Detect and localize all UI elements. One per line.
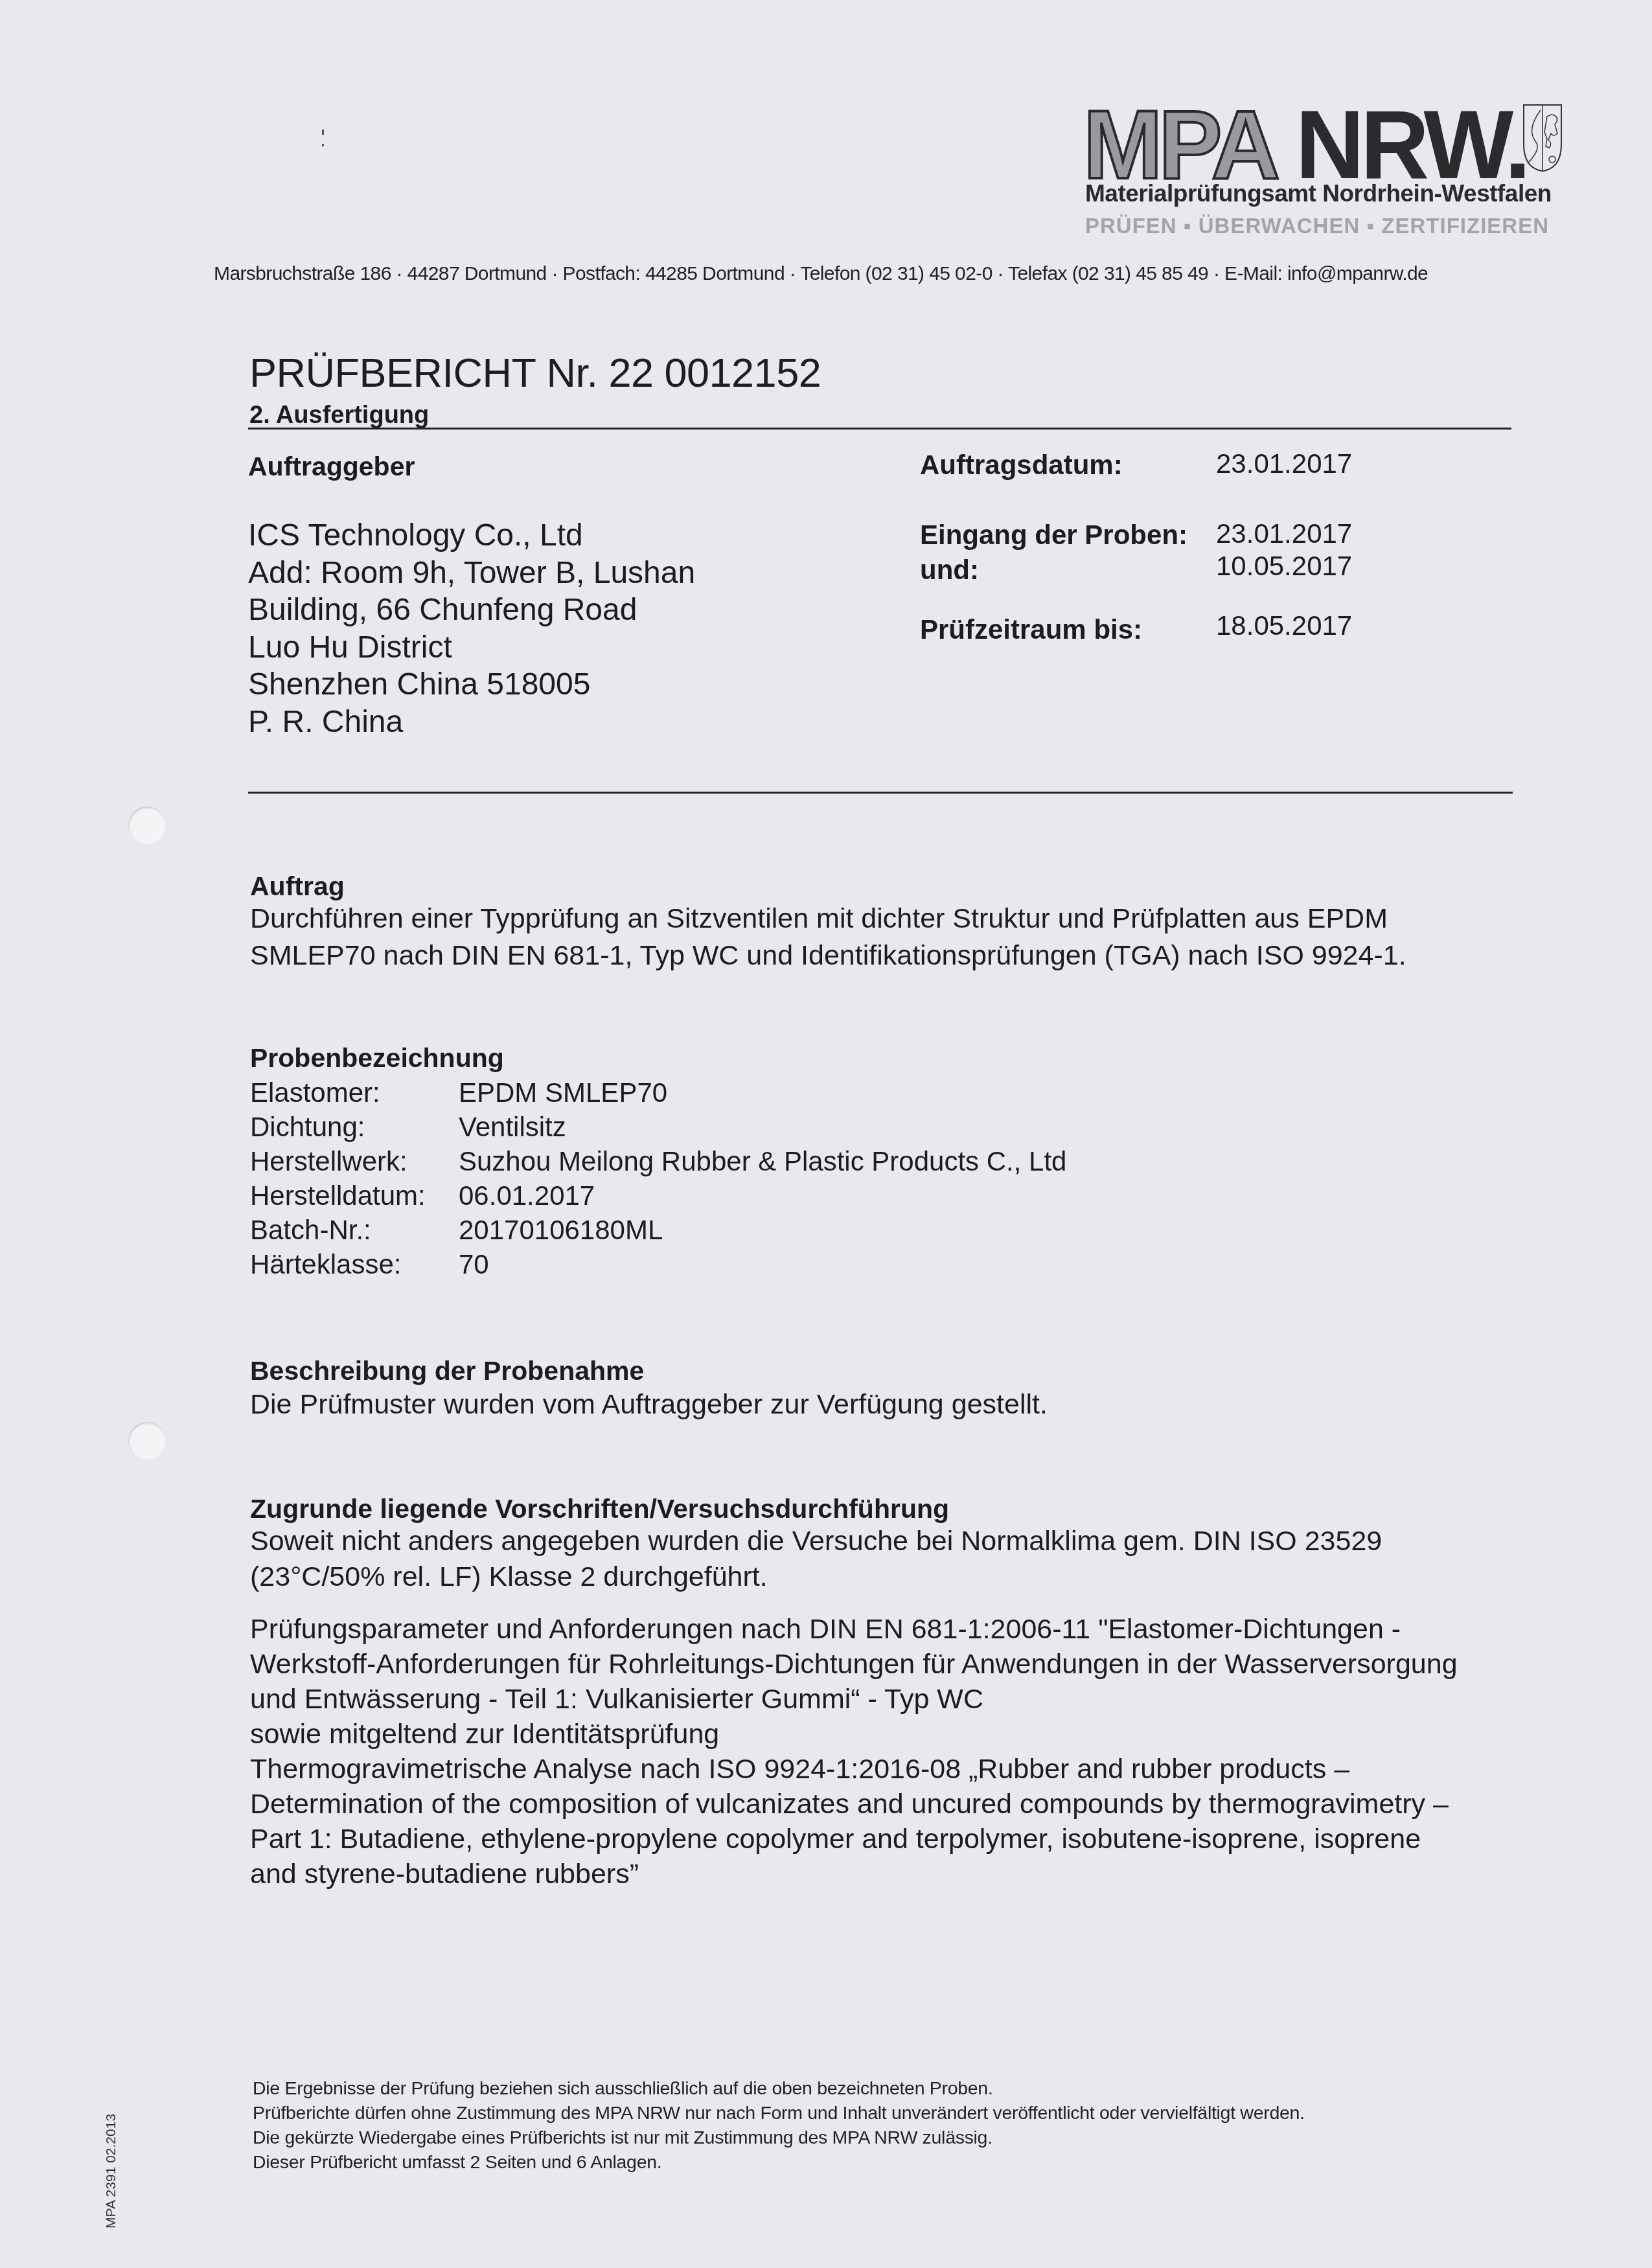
- client-line: Shenzhen China 518005: [248, 666, 695, 704]
- order-line: SMLEP70 nach DIN EN 681-1, Typ WC und Id…: [250, 937, 1406, 974]
- sample-row: Herstelldatum:06.01.2017: [250, 1178, 1066, 1213]
- client-line: ICS Technology Co., Ltd: [248, 517, 695, 555]
- regulations-line: Part 1: Butadiene, ethylene-propylene co…: [250, 1822, 1458, 1857]
- client-line: P. R. China: [248, 704, 695, 741]
- order-date: 23.01.2017: [1216, 448, 1352, 479]
- regulations-line: Determination of the composition of vulc…: [250, 1787, 1458, 1822]
- sample-details: Elastomer:EPDM SMLEP70 Dichtung:Ventilsi…: [250, 1075, 1066, 1281]
- sample-key: Elastomer:: [250, 1075, 459, 1110]
- regulations-heading: Zugrunde liegende Vorschriften/Versuchsd…: [250, 1494, 949, 1524]
- regulations-para-2: Prüfungsparameter und Anforderungen nach…: [250, 1612, 1458, 1892]
- regulations-line: sowie mitgeltend zur Identitätsprüfung: [250, 1717, 1458, 1752]
- receipt-and-label: und:: [920, 555, 979, 586]
- form-code: MPA 2391 02.2013: [104, 2114, 119, 2228]
- footer-line: Die gekürzte Wiedergabe eines Prüfberich…: [253, 2125, 1305, 2150]
- legal-footer: Die Ergebnisse der Prüfung beziehen sich…: [253, 2076, 1305, 2175]
- regulations-line: (23°C/50% rel. LF) Klasse 2 durchgeführt…: [250, 1559, 1382, 1595]
- scan-speck: [322, 130, 324, 135]
- sample-key: Härteklasse:: [250, 1247, 459, 1281]
- punch-hole: [128, 1422, 166, 1460]
- client-heading: Auftraggeber: [248, 452, 415, 482]
- sample-value: Suzhou Meilong Rubber & Plastic Products…: [459, 1144, 1066, 1178]
- sample-value: 20170106180ML: [459, 1213, 663, 1247]
- receipt-date-1: 23.01.2017: [1216, 518, 1352, 549]
- order-text: Durchführen einer Typprüfung an Sitzvent…: [250, 900, 1406, 974]
- regulations-line: Prüfungsparameter und Anforderungen nach…: [250, 1612, 1458, 1647]
- order-date-label: Auftragsdatum:: [920, 450, 1123, 481]
- sample-key: Batch-Nr.:: [250, 1213, 459, 1247]
- footer-line: Die Ergebnisse der Prüfung beziehen sich…: [253, 2076, 1305, 2101]
- sample-value: 06.01.2017: [459, 1178, 595, 1213]
- sample-heading: Probenbezeichnung: [250, 1043, 504, 1073]
- footer-line: Dieser Prüfbericht umfasst 2 Seiten und …: [253, 2150, 1305, 2175]
- nrw-coat-of-arms-icon: [1522, 104, 1563, 172]
- regulations-line: Werkstoff-Anforderungen für Rohrleitungs…: [250, 1647, 1458, 1682]
- sample-row: Batch-Nr.:20170106180ML: [250, 1213, 1066, 1247]
- report-edition: 2. Ausfertigung: [249, 402, 429, 430]
- receipt-date-2: 10.05.2017: [1216, 551, 1352, 582]
- regulations-para-1: Soweit nicht anders angegeben wurden die…: [250, 1524, 1382, 1595]
- sampling-text: Die Prüfmuster wurden vom Auftraggeber z…: [250, 1386, 1048, 1423]
- regulations-line: and styrene-butadiene rubbers”: [250, 1857, 1458, 1892]
- sample-key: Herstelldatum:: [250, 1178, 459, 1213]
- sample-value: EPDM SMLEP70: [459, 1075, 667, 1110]
- client-address: ICS Technology Co., Ltd Add: Room 9h, To…: [248, 517, 695, 740]
- test-period-end: 18.05.2017: [1216, 610, 1352, 641]
- sample-value: 70: [459, 1247, 489, 1281]
- client-divider: [248, 792, 1513, 794]
- organization-name: Materialprüfungsamt Nordrhein-Westfalen: [1085, 180, 1552, 207]
- report-title: PRÜFBERICHT Nr. 22 0012152: [249, 350, 821, 396]
- receipt-label: Eingang der Proben:: [920, 520, 1187, 551]
- order-heading: Auftrag: [250, 871, 345, 902]
- punch-hole: [128, 807, 166, 844]
- sample-row: Elastomer:EPDM SMLEP70: [250, 1075, 1066, 1110]
- sampling-heading: Beschreibung der Probenahme: [250, 1356, 644, 1386]
- regulations-line: Thermogravimetrische Analyse nach ISO 99…: [250, 1752, 1458, 1787]
- letterhead-address: Marsbruchstraße 186 · 44287 Dortmund · P…: [214, 263, 1428, 285]
- mpa-nrw-logo: MPA NRW.: [1083, 96, 1527, 193]
- sample-row: Härteklasse:70: [250, 1247, 1066, 1281]
- client-line: Luo Hu District: [248, 629, 695, 667]
- sample-row: Dichtung:Ventilsitz: [250, 1110, 1066, 1144]
- sample-row: Herstellwerk:Suzhou Meilong Rubber & Pla…: [250, 1144, 1066, 1178]
- title-divider: [248, 428, 1511, 430]
- organization-tagline: PRÜFEN ▪ ÜBERWACHEN ▪ ZERTIFIZIEREN: [1085, 214, 1549, 238]
- scan-speck: [322, 144, 324, 146]
- order-line: Durchführen einer Typprüfung an Sitzvent…: [250, 900, 1406, 937]
- test-period-label: Prüfzeitraum bis:: [920, 614, 1142, 645]
- footer-line: Prüfberichte dürfen ohne Zustimmung des …: [253, 2101, 1305, 2125]
- sample-key: Herstellwerk:: [250, 1144, 459, 1178]
- sample-value: Ventilsitz: [459, 1110, 566, 1144]
- regulations-line: Soweit nicht anders angegeben wurden die…: [250, 1524, 1382, 1559]
- client-line: Building, 66 Chunfeng Road: [248, 591, 695, 629]
- client-line: Add: Room 9h, Tower B, Lushan: [248, 555, 695, 592]
- sample-key: Dichtung:: [250, 1110, 459, 1144]
- regulations-line: und Entwässerung - Teil 1: Vulkanisierte…: [250, 1682, 1458, 1717]
